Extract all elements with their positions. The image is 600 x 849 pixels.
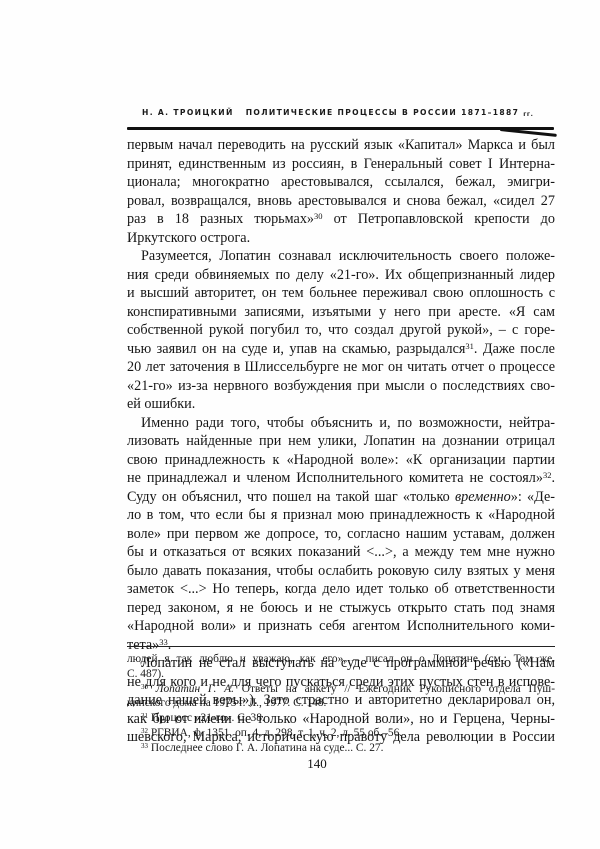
- footnote-continuation-line: С. 487).: [127, 667, 555, 682]
- body-line: было давать показания, чтобы ослабить ро…: [127, 562, 555, 581]
- running-head: Н. А. ТРОИЦКИЙ ПОЛИТИЧЕСКИЕ ПРОЦЕССЫ В Р…: [142, 108, 572, 118]
- body-line: ей ошибки.: [127, 395, 555, 414]
- body-line: собственной рукой погубил то, что создал…: [127, 321, 555, 340]
- body-line: Иркутского острога.: [127, 229, 555, 248]
- body-line: Суду он объяснил, что пошел на такой шаг…: [127, 488, 555, 507]
- footnote-32: 32 РГВИА, ф. 1351, оп. 4, д. 298, т. 1, …: [127, 726, 555, 741]
- body-line: лизовать найденные при нем улики, Лопати…: [127, 432, 555, 451]
- body-line: первым начал переводить на русский язык …: [127, 136, 555, 155]
- body-line: ровал, возвращался, вновь арестовывался …: [127, 192, 555, 211]
- body-line: перед законом, я не боюсь и не стыжусь о…: [127, 599, 555, 618]
- italic-emphasis: временно: [455, 489, 511, 505]
- body-line: 20 лет заточения в Шлиссельбурге не мог …: [127, 358, 555, 377]
- page-number: 140: [0, 756, 600, 772]
- footnotes: людей я так люблю и уважаю, как его», – …: [127, 652, 555, 756]
- footnote-ref: 30: [314, 211, 323, 221]
- footnote-number: 32: [141, 727, 148, 735]
- running-head-author: Н. А. ТРОИЦКИЙ: [142, 108, 234, 117]
- body-line: раз в 18 разных тюрьмах»30 от Петропавло…: [127, 210, 555, 229]
- body-line: принят, единственным из россиян, в Генер…: [127, 155, 555, 174]
- footnote-continuation-line: людей я так люблю и уважаю, как его», – …: [127, 652, 555, 667]
- footnote-31: 31 Процесс «21-го». С. 38.: [127, 711, 555, 726]
- body-line: «21-го» из-за нервного возбуждения при м…: [127, 377, 555, 396]
- body-line: и высший авторитет, он тем больнее переж…: [127, 284, 555, 303]
- footnote-30: 30 Лопатин Г. А. Ответы на анкету // Еже…: [127, 682, 555, 697]
- running-head-suffix: гг.: [523, 111, 533, 118]
- body-line: ционала; многократно арестовывался, ссыл…: [127, 173, 555, 192]
- body-line: воле» при первом же допросе, то, согласн…: [127, 525, 555, 544]
- footnote-author: Лопатин Г. А.: [148, 683, 234, 695]
- body-line: ло в том, что если бы я признал мою прин…: [127, 506, 555, 525]
- body-line: ния среди обвиняемых по делу «21-го». Их…: [127, 266, 555, 285]
- body-line: бы и отказаться от всяких показаний <...…: [127, 543, 555, 562]
- body-line: «Народной воли» и признать себя агентом …: [127, 617, 555, 636]
- footnote-ref: 32: [543, 470, 552, 480]
- footnote-number: 31: [141, 712, 148, 720]
- running-head-title: ПОЛИТИЧЕСКИЕ ПРОЦЕССЫ В РОССИИ: [246, 108, 457, 117]
- body-line: заметок <...> Но теперь, когда дело идет…: [127, 580, 555, 599]
- footnote-33: 33 Последнее слово Г. А. Лопатина на суд…: [127, 741, 555, 756]
- body-line: Именно ради того, чтобы объяснить и, по …: [127, 414, 555, 433]
- header-rule: [127, 127, 554, 130]
- body-line: Разумеется, Лопатин сознавал исключитель…: [127, 247, 555, 266]
- body-line: свою принадлежность к «Народной воле»: «…: [127, 451, 555, 470]
- running-head-years: 1871–1887: [461, 108, 519, 117]
- footnote-30-continuation: кинского дома на 1975 г. Л., 1977. С. 14…: [127, 696, 555, 711]
- footnote-number: 30: [141, 683, 148, 691]
- body-line: не принадлежал и членом Исполнительного …: [127, 469, 555, 488]
- footnote-rule: [127, 646, 555, 647]
- footnote-ref: 31: [465, 341, 474, 351]
- body-line: конспиративными записями, изъятыми у нег…: [127, 303, 555, 322]
- footnote-ref: 33: [159, 637, 168, 647]
- body-line: чью заявил он на суде и, упав на скамью,…: [127, 340, 555, 359]
- footnote-number: 33: [141, 742, 148, 750]
- book-page: Н. А. ТРОИЦКИЙ ПОЛИТИЧЕСКИЕ ПРОЦЕССЫ В Р…: [0, 0, 600, 849]
